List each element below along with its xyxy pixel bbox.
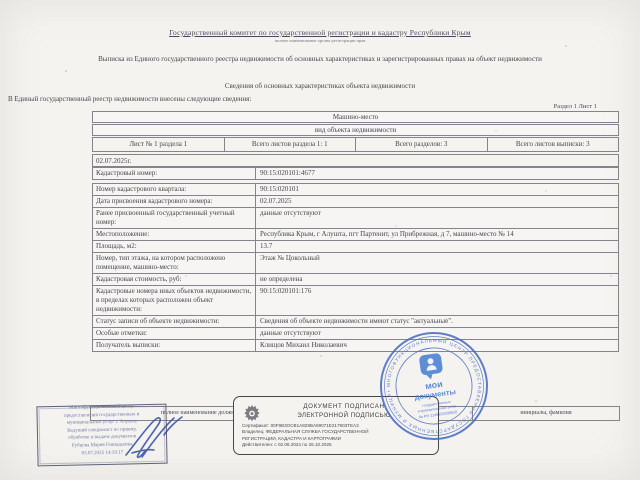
sheet-info-cell: Всего листов выписки: 3 (487, 137, 620, 152)
row-value: Этаж № Цокольный (256, 253, 618, 273)
row-label: Кадастровые номера иных объектов недвижи… (93, 286, 256, 315)
row-value: Республика Крым, г Алушта, пгт Партенит,… (256, 229, 618, 240)
row-label: Кадастровая стоимость, руб: (93, 274, 256, 285)
row-value: 90:15:020101 (256, 184, 618, 195)
row-value: не определена (256, 274, 618, 285)
row-label: Ранее присвоенный государственный учетны… (93, 208, 256, 228)
attribute-rows: Кадастровый номер: 90:15:020101:4677 Ном… (92, 167, 619, 352)
row-label: Статус записи об объекте недвижимости: (93, 316, 256, 327)
table-row: Особые отметки: данные отсутствуют (92, 327, 619, 340)
row-label: Площадь, м2: (93, 241, 256, 252)
extract-date: 02.07.2025г. (92, 154, 619, 167)
moi-dokumenty-logo-icon (419, 353, 444, 381)
handwritten-signature (118, 413, 198, 468)
table-row: Ранее присвоенный государственный учетны… (92, 207, 619, 229)
section-sheet-label: Раздел 1 Лист 1 (554, 103, 597, 110)
scan-noise (65, 70, 67, 72)
row-label: Получатель выписки: (93, 340, 256, 351)
table-row: Кадастровый номер: 90:15:020101:4677 (92, 167, 619, 180)
row-value: 90:15:020101:176 (256, 286, 618, 315)
row-label: Номер, тип этажа, на котором расположено… (93, 253, 256, 273)
table-row: Номер кадастрового квартала: 90:15:02010… (92, 183, 619, 196)
intro-text: В Единый государственный реестр недвижим… (8, 95, 251, 103)
table-row: Площадь, м2: 13.7 (92, 240, 619, 253)
section-title: Сведения об основных характеристиках объ… (0, 82, 640, 90)
property-table: Машино-место вид объекта недвижимости Ли… (92, 111, 619, 352)
sheet-info-cell: Лист № 1 раздела 1 (92, 137, 225, 152)
sheet-info-row: Лист № 1 раздела 1 Всего листов раздела … (92, 137, 619, 152)
table-row: Статус записи об объекте недвижимости: С… (92, 315, 619, 328)
object-type: Машино-место (92, 111, 619, 123)
table-row: Кадастровая стоимость, руб: не определен… (92, 273, 619, 286)
table-row: Кадастровые номера иных объектов недвижи… (92, 285, 619, 316)
row-value: данные отсутствуют (256, 208, 618, 228)
table-row: Дата присвоения кадастрового номера: 02.… (92, 195, 619, 208)
row-value: 02.07.2025 (256, 196, 618, 207)
object-type-caption: вид объекта недвижимости (92, 124, 619, 136)
double-eagle-icon (243, 404, 261, 424)
authority-caption: полное наименование органа регистрации п… (0, 38, 640, 43)
sheet-info-cell: Всего листов раздела 1: 1 (224, 137, 357, 152)
row-label: Дата присвоения кадастрового номера: (93, 196, 256, 207)
row-value: 90:15:020101:4677 (256, 168, 618, 179)
table-row: Местоположение: Республика Крым, г Алушт… (92, 228, 619, 241)
row-label: Особые отметки: (93, 328, 256, 339)
document-title: Выписка из Единого государственного реес… (20, 55, 620, 63)
row-value: 13.7 (256, 241, 618, 252)
row-label: Местоположение: (93, 229, 256, 240)
scanned-document-page: Государственный комитет по государственн… (0, 0, 640, 480)
round-mfc-stamp: • МНОГОФУНКЦИОНАЛЬНЫЙ ЦЕНТР ПРЕДОСТАВЛЕН… (371, 323, 497, 449)
table-row: Получатель выписки: Клищов Михаил Никола… (92, 339, 619, 352)
row-value: Сведения об объекте недвижимости имеют с… (256, 316, 618, 327)
table-row: Номер, тип этажа, на котором расположено… (92, 252, 619, 274)
row-label: Номер кадастрового квартала: (93, 184, 256, 195)
authority-name: Государственный комитет по государственн… (0, 28, 640, 37)
sheet-info-cell: Всего разделов: 3 (355, 137, 488, 152)
row-label: Кадастровый номер: (93, 168, 256, 179)
